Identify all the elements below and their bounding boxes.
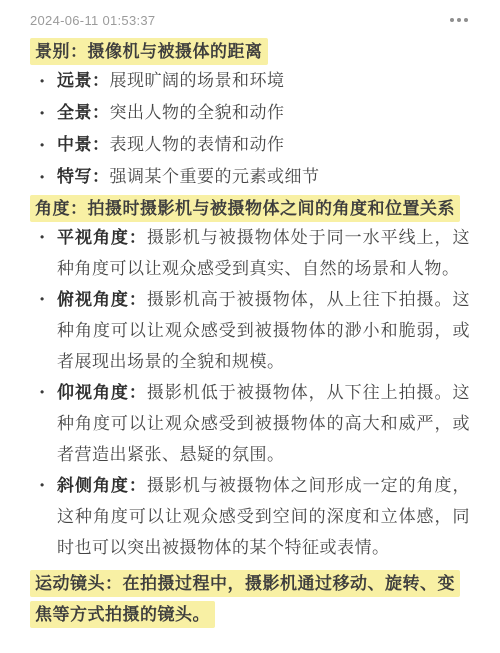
highlighted-heading-text: 景别：摄像机与被摄体的距离 <box>30 38 268 65</box>
term: 俯视角度： <box>57 290 147 309</box>
list-item-text: 俯视角度：摄影机高于被摄物体，从上往下拍摄。这种角度可以让观众感受到被摄物体的渺… <box>57 284 470 377</box>
bullet-icon: • <box>30 129 57 161</box>
term: 全景： <box>57 103 110 122</box>
term-description: 突出人物的全貌和动作 <box>110 103 285 122</box>
list-item-text: 远景：展现旷阔的场景和环境 <box>57 65 470 97</box>
shot-type-list: • 远景：展现旷阔的场景和环境 • 全景：突出人物的全貌和动作 • 中景：表现人… <box>30 65 470 193</box>
timestamp: 2024-06-11 01:53:37 <box>30 13 155 28</box>
list-item: • 俯视角度：摄影机高于被摄物体，从上往下拍摄。这种角度可以让观众感受到被摄物体… <box>30 284 470 377</box>
section-heading-motion-shots: 运动镜头：在拍摄过程中，摄影机通过移动、旋转、变焦等方式拍摄的镜头。 <box>30 568 470 630</box>
term: 特写： <box>57 167 110 186</box>
note-header: 2024-06-11 01:53:37 <box>30 11 470 29</box>
bullet-icon: • <box>30 222 57 284</box>
list-item-text: 斜侧角度：摄影机与被摄物体之间形成一定的角度，这种角度可以让观众感受到空间的深度… <box>57 470 470 563</box>
list-item: • 中景：表现人物的表情和动作 <box>30 129 470 161</box>
list-item-text: 中景：表现人物的表情和动作 <box>57 129 470 161</box>
list-item: • 远景：展现旷阔的场景和环境 <box>30 65 470 97</box>
list-item: • 特写：强调某个重要的元素或细节 <box>30 161 470 193</box>
list-item: • 斜侧角度：摄影机与被摄物体之间形成一定的角度，这种角度可以让观众感受到空间的… <box>30 470 470 563</box>
term: 仰视角度： <box>57 383 147 402</box>
term: 平视角度： <box>57 228 147 247</box>
list-item: • 全景：突出人物的全貌和动作 <box>30 97 470 129</box>
term: 中景： <box>57 135 110 154</box>
list-item-text: 平视角度：摄影机与被摄物体处于同一水平线上，这种角度可以让观众感受到真实、自然的… <box>57 222 470 284</box>
term: 斜侧角度： <box>57 476 147 495</box>
angle-list: • 平视角度：摄影机与被摄物体处于同一水平线上，这种角度可以让观众感受到真实、自… <box>30 222 470 563</box>
list-item-text: 特写：强调某个重要的元素或细节 <box>57 161 470 193</box>
bullet-icon: • <box>30 470 57 563</box>
list-item: • 仰视角度：摄影机低于被摄物体，从下往上拍摄。这种角度可以让观众感受到被摄物体… <box>30 377 470 470</box>
highlighted-heading-text: 运动镜头：在拍摄过程中，摄影机通过移动、旋转、变焦等方式拍摄的镜头。 <box>30 570 460 628</box>
bullet-icon: • <box>30 97 57 129</box>
bullet-icon: • <box>30 377 57 470</box>
term: 远景： <box>57 71 110 90</box>
term-description: 展现旷阔的场景和环境 <box>110 71 285 90</box>
bullet-icon: • <box>30 161 57 193</box>
highlighted-heading-text: 角度：拍摄时摄影机与被摄物体之间的角度和位置关系 <box>30 195 460 222</box>
bullet-icon: • <box>30 65 57 97</box>
term-description: 强调某个重要的元素或细节 <box>110 167 320 186</box>
term-description: 表现人物的表情和动作 <box>110 135 285 154</box>
more-options-icon <box>450 18 468 22</box>
list-item-text: 全景：突出人物的全貌和动作 <box>57 97 470 129</box>
more-options-button[interactable] <box>448 14 470 26</box>
list-item-text: 仰视角度：摄影机低于被摄物体，从下往上拍摄。这种角度可以让观众感受到被摄物体的高… <box>57 377 470 470</box>
list-item: • 平视角度：摄影机与被摄物体处于同一水平线上，这种角度可以让观众感受到真实、自… <box>30 222 470 284</box>
section-heading-angles: 角度：拍摄时摄影机与被摄物体之间的角度和位置关系 <box>30 196 470 222</box>
section-heading-shot-types: 景别：摄像机与被摄体的距离 <box>30 39 470 65</box>
bullet-icon: • <box>30 284 57 377</box>
note-page: 2024-06-11 01:53:37 景别：摄像机与被摄体的距离 • 远景：展… <box>0 0 500 630</box>
